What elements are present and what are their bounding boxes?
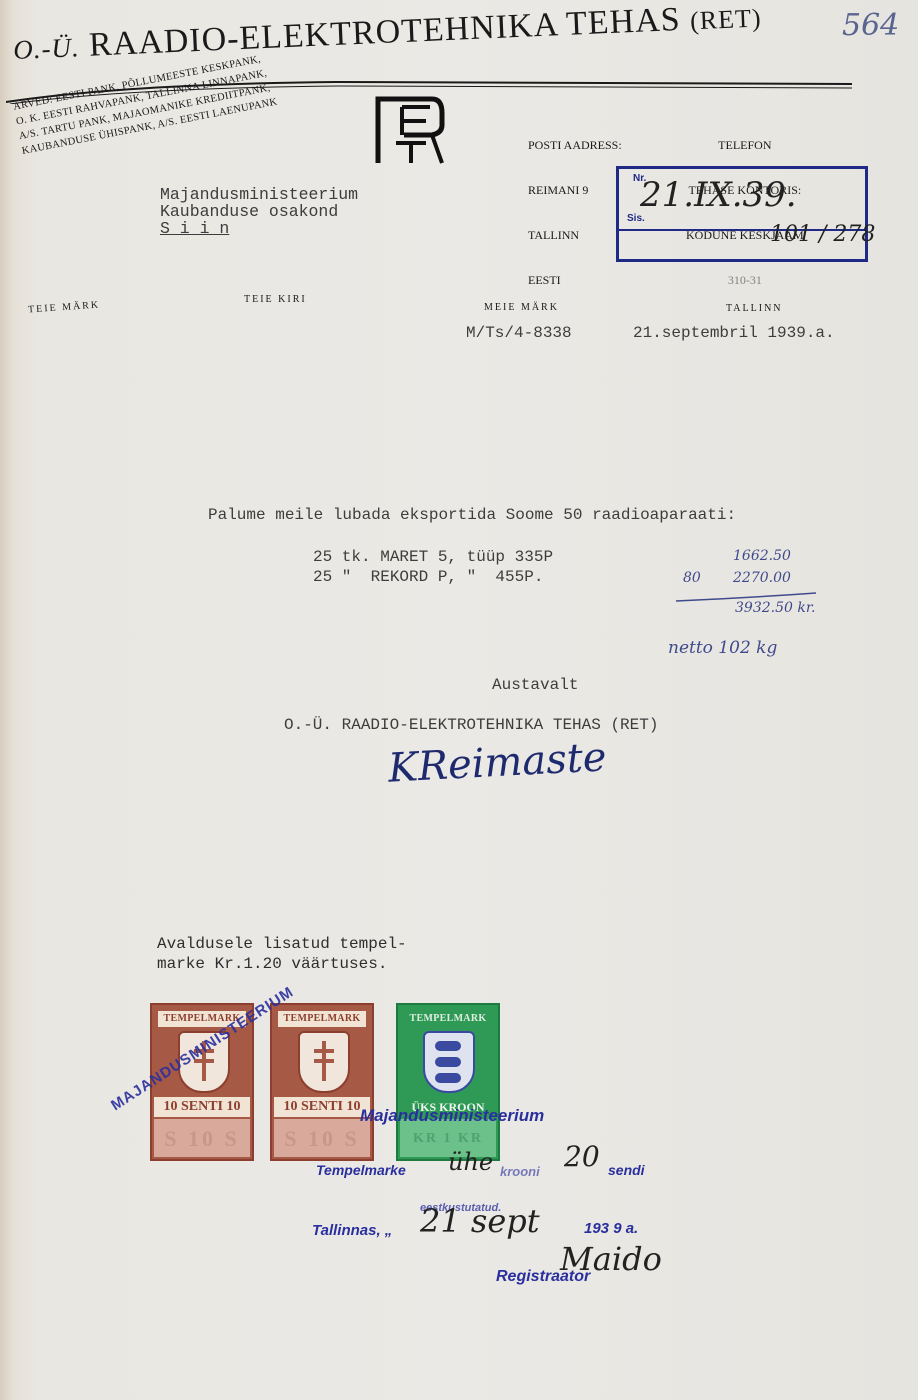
address-city: TALLINN — [528, 228, 622, 243]
ministry-stamp-place: Tallinnas, „ — [312, 1222, 392, 1239]
sent-amount-handwritten: 20 — [564, 1140, 600, 1173]
your-letter-label: TEIE KIRI — [244, 294, 307, 305]
closing-salutation: Austavalt — [492, 676, 578, 694]
ministry-stamp-prefix: Tempelmarke — [316, 1162, 406, 1178]
address-street: REIMANI 9 — [528, 183, 622, 198]
ministry-stamp-sent-label: sendi — [608, 1162, 645, 1178]
ret-logo-icon — [374, 95, 446, 165]
our-reference-code: M/Ts/4-8338 — [466, 324, 572, 342]
company-title: O.-Ü. RAADIO-ELEKTROTEHNIKA TEHAS (RET) — [12, 0, 762, 68]
phone-number: 310-31 — [686, 273, 804, 288]
request-text: Palume meile lubada eksportida Soome 50 … — [208, 506, 736, 524]
recipient-location: S i i n — [160, 220, 358, 237]
total-amount: 3932.50 kr. — [735, 600, 815, 616]
address-label: POSTI AADRESS: — [528, 138, 622, 153]
cross-emblem-icon — [298, 1031, 350, 1093]
ministry-date-handwritten: 21 sept — [420, 1202, 540, 1240]
stamp-value: 10 SENTI 10 — [154, 1097, 250, 1117]
item-amount: 2270.00 — [733, 570, 791, 586]
our-mark-label: MEIE MÄRK — [484, 302, 559, 313]
recipient-block: Majandusministeerium Kaubanduse osakond … — [160, 186, 358, 237]
item-row: 25 tk. MARET 5, tüüp 335P — [313, 548, 553, 566]
revenue-stamp: TEMPELMARK 10 SENTI 10 S 10 S — [270, 1003, 374, 1161]
bank-list: ARVED: EESTI PANK, PÕLLUMEESTE KESKPANK,… — [12, 50, 279, 159]
signature: KReimaste — [387, 734, 608, 791]
three-lions-coat-of-arms-icon — [423, 1031, 475, 1093]
revenue-stamp: TEMPELMARK ÜKS KROON KR 1 KR — [396, 1003, 500, 1161]
postal-address: POSTI AADRESS: REIMANI 9 TALLINN EESTI — [528, 108, 622, 303]
recipient-department: Kaubanduse osakond — [160, 203, 358, 220]
item-amount: 1662.50 — [733, 548, 791, 564]
attachment-note: Avaldusele lisatud tempel- marke Kr.1.20… — [157, 934, 407, 974]
stamp-title: TEMPELMARK — [278, 1011, 366, 1027]
phone-label: TELEFON — [686, 138, 804, 153]
net-weight: netto 102 kg — [668, 638, 777, 658]
recipient-ministry: Majandusministeerium — [160, 186, 358, 203]
ministry-stamp-title: Majandusministeerium — [360, 1106, 544, 1126]
company-prefix: O.-Ü. — [13, 32, 81, 65]
letter-date: 21.septembril 1939.a. — [633, 324, 835, 342]
stamp-title: TEMPELMARK — [404, 1011, 492, 1027]
address-country: EESTI — [528, 273, 622, 288]
your-mark-label: TEIE MÄRK — [28, 299, 101, 315]
stamp-value: 10 SENTI 10 — [274, 1097, 370, 1117]
registrar-label: Registraator — [496, 1268, 590, 1286]
page-number-annotation: 564 — [842, 8, 899, 43]
registration-date-handwritten: 21.IX.39. — [640, 175, 797, 215]
closing-company: O.-Ü. RAADIO-ELEKTROTEHNIKA TEHAS (RET) — [284, 716, 658, 734]
stamp-underprint: S 10 S — [154, 1119, 250, 1157]
ministry-stamp-year: 193 9 a. — [584, 1220, 638, 1237]
registration-number-handwritten: 101 / 278 — [770, 222, 875, 247]
item-row: 25 " REKORD P, " 455P. — [313, 568, 543, 586]
ministry-stamp-kroon-label: krooni — [500, 1164, 540, 1179]
company-abbr: (RET) — [690, 3, 763, 35]
kroon-amount-handwritten: ühe — [448, 1148, 493, 1176]
company-name: RAADIO-ELEKTROTEHNIKA TEHAS — [88, 1, 681, 64]
stamp-underprint: S 10 S — [274, 1119, 370, 1157]
item-note: 80 — [683, 570, 701, 586]
place-label: TALLINN — [726, 303, 783, 314]
